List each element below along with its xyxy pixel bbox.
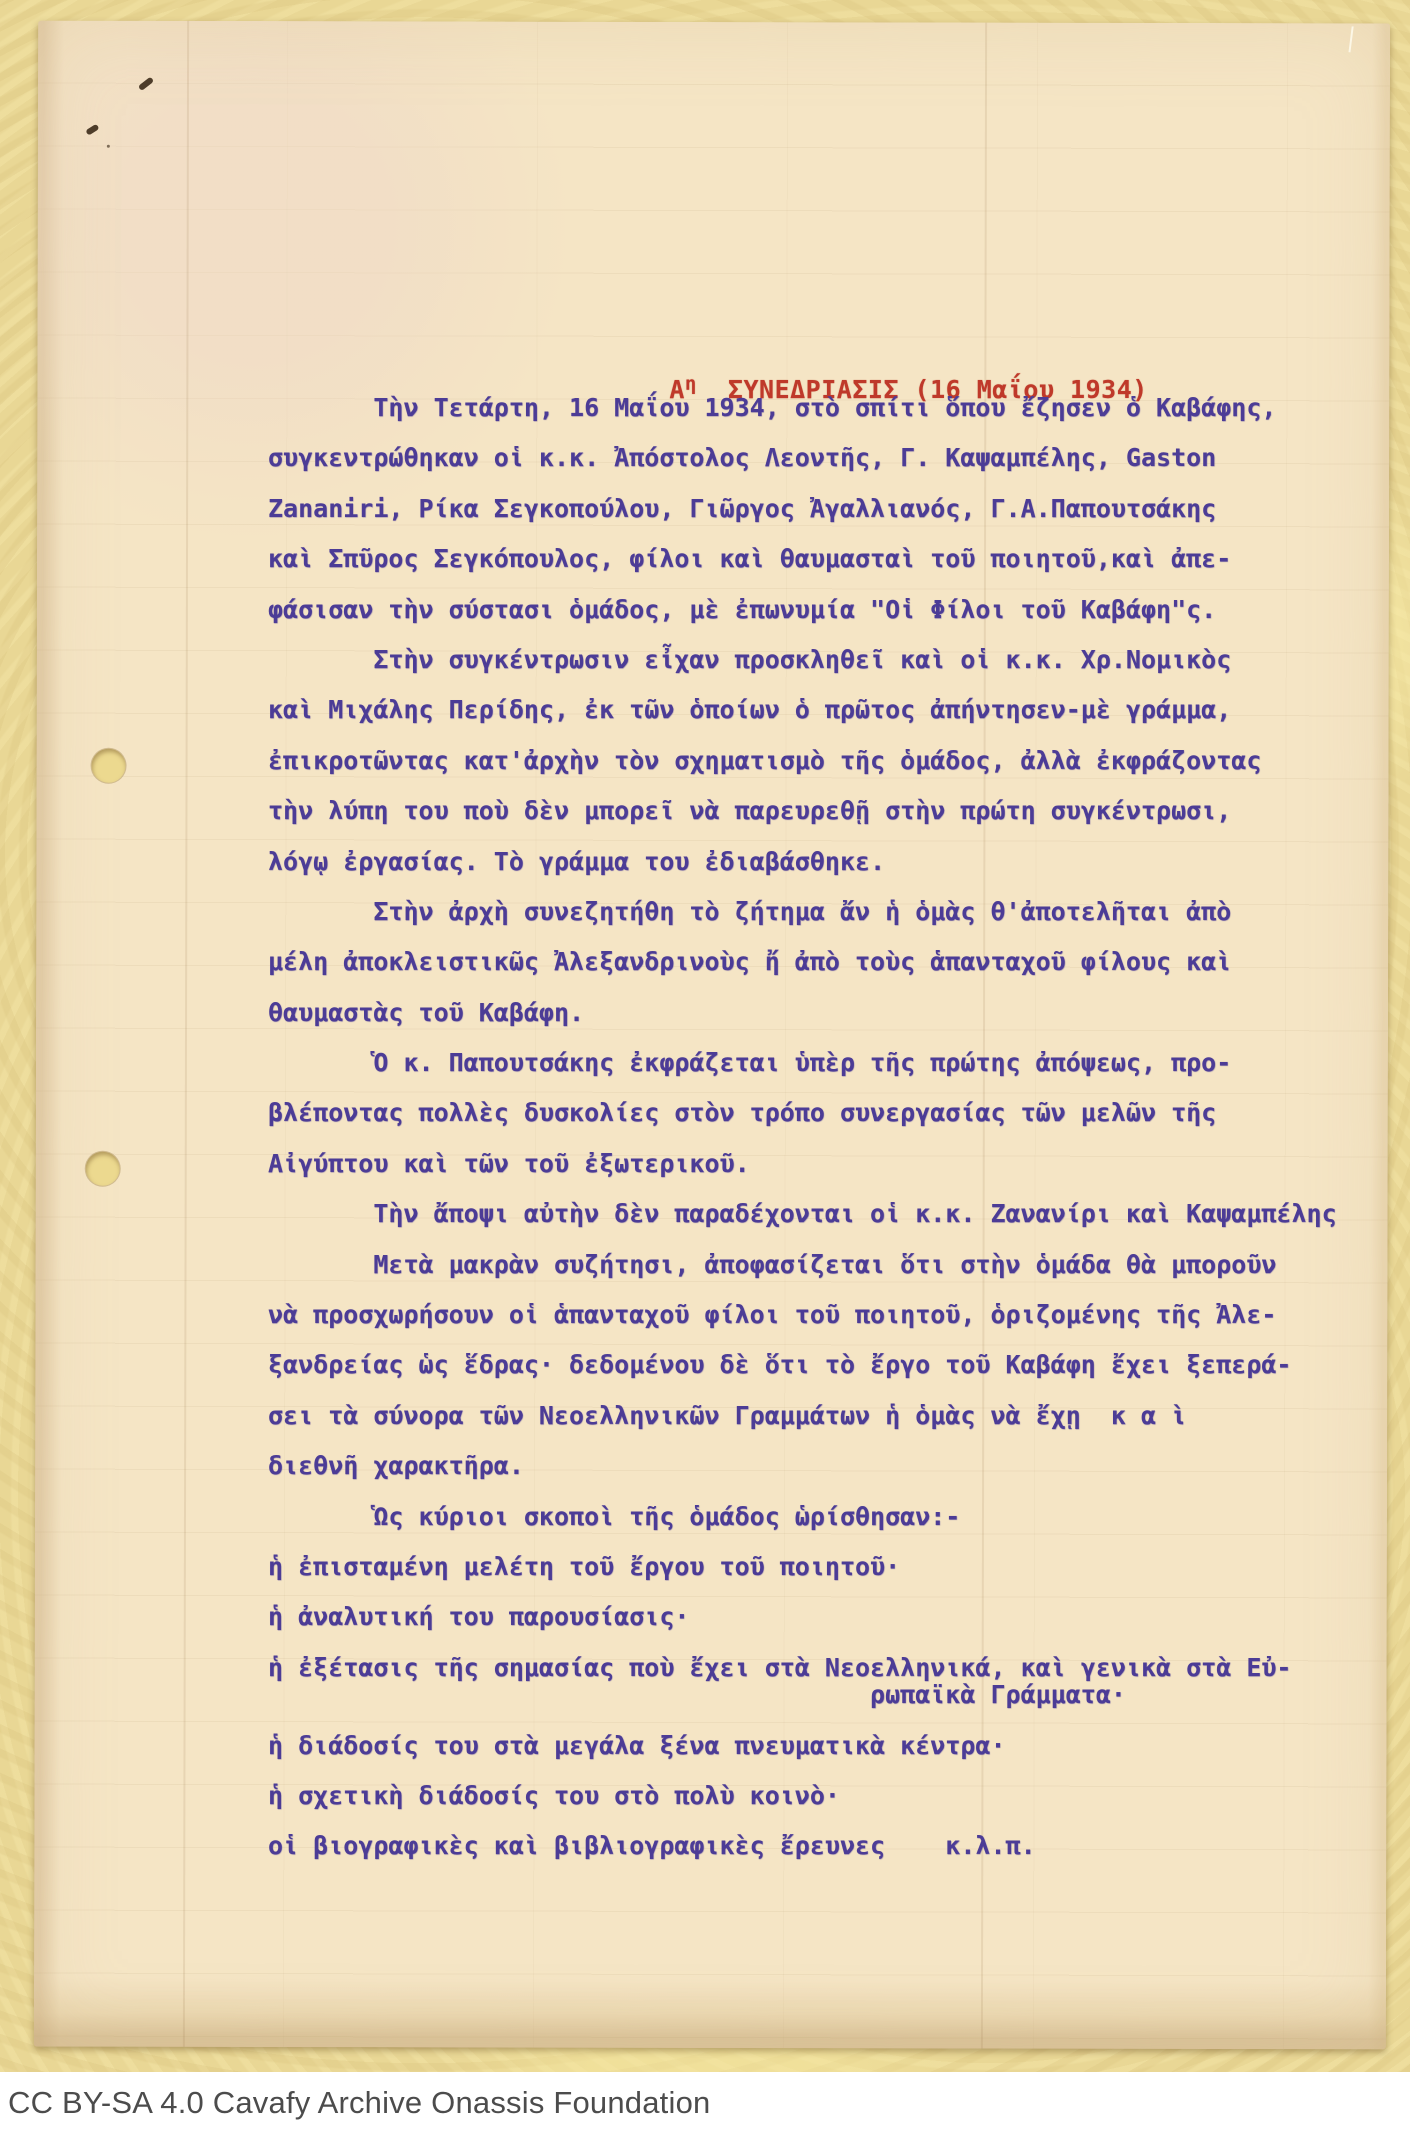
text-line: Zananiri, Ρίκα Σεγκοπούλου, Γιῶργος Ἀγαλ… — [268, 484, 1328, 534]
text-line: Τὴν Τετάρτη, 16 Μαΐου 1934, στὸ σπίτι ὅπ… — [268, 383, 1328, 433]
text-line: ἡ διάδοσίς του στὰ μεγάλα ξένα πνευματικ… — [268, 1721, 1328, 1771]
text-line: ἡ ἐπισταμένη μελέτη τοῦ ἔργου τοῦ ποιητο… — [268, 1542, 1328, 1592]
text-line: ἡ σχετικὴ διάδοσίς του στὸ πολὺ κοινὸ· — [268, 1771, 1328, 1821]
text-line: λόγῳ ἐργασίας. Τὸ γράμμα του ἐδιαβάσθηκε… — [268, 837, 1328, 887]
text-line: Αἰγύπτου καὶ τῶν τοῦ ἐξωτερικοῦ. — [268, 1139, 1328, 1189]
text-line: συγκεντρώθηκαν οἱ κ.κ. Ἀπόστολος Λεοντῆς… — [268, 433, 1328, 483]
text-line: Μετὰ μακρὰν συζήτησι, ἀποφασίζεται ὅτι σ… — [268, 1240, 1328, 1290]
text-line: νὰ προσχωρήσουν οἱ ἁπανταχοῦ φίλοι τοῦ π… — [268, 1290, 1328, 1340]
text-line: διεθνῆ χαρακτῆρα. — [268, 1441, 1328, 1491]
text-line: φάσισαν τὴν σύστασι ὁμάδος, μὲ ἐπωνυμία … — [268, 585, 1328, 635]
text-line: καὶ Μιχάλης Περίδης, ἐκ τῶν ὁποίων ὁ πρῶ… — [268, 685, 1328, 735]
text-line: οἱ βιογραφικὲς καὶ βιβλιογραφικὲς ἔρευνε… — [268, 1821, 1328, 1871]
text-line: Τὴν ἄποψι αὐτὴν δὲν παραδέχονται οἱ κ.κ.… — [268, 1189, 1328, 1239]
text-line: θαυμαστὰς τοῦ Καβάφη. — [268, 988, 1328, 1038]
text-line: Ὡς κύριοι σκοποὶ τῆς ὁμάδος ὡρίσθησαν:- — [268, 1492, 1328, 1542]
text-line: βλέποντας πολλὲς δυσκολίες στὸν τρόπο συ… — [268, 1088, 1328, 1138]
text-line: ἡ ἀναλυτική του παρουσίασις· — [268, 1592, 1328, 1642]
text-line: Στὴν ἀρχὴ συνεζητήθη τὸ ζήτημα ἄν ἡ ὁμὰς… — [268, 887, 1328, 937]
text-line: σει τὰ σύνορα τῶν Νεοελληνικῶν Γραμμάτων… — [268, 1391, 1328, 1441]
text-line: μέλη ἀποκλειστικῶς Ἀλεξανδρινοὺς ἤ ἀπὸ τ… — [268, 937, 1328, 987]
text-line: καὶ Σπῦρος Σεγκόπουλος, φίλοι καὶ θαυμασ… — [268, 534, 1328, 584]
typewritten-text: Τὴν Τετάρτη, 16 Μαΐου 1934, στὸ σπίτι ὅπ… — [268, 383, 1328, 1872]
text-line: Ὁ κ. Παπουτσάκης ἐκφράζεται ὑπὲρ τῆς πρώ… — [268, 1038, 1328, 1088]
license-text: CC BY-SA 4.0 Cavafy Archive Onassis Foun… — [0, 2085, 710, 2121]
document-scan: Αη ΣΥΝΕΔΡΙΑΣΙΣ (16 Μαΐου 1934) Τὴν Τετάρ… — [0, 0, 1410, 2133]
text-line: ἐπικροτῶντας κατ'ἀρχὴν τὸν σχηματισμὸ τῆ… — [268, 736, 1328, 786]
text-line: ξανδρείας ὡς ἕδρας· δεδομένου δὲ ὅτι τὸ … — [268, 1340, 1328, 1390]
text-layer: Αη ΣΥΝΕΔΡΙΑΣΙΣ (16 Μαΐου 1934) Τὴν Τετάρ… — [0, 0, 1410, 2133]
text-line: Στὴν συγκέντρωσιν εἶχαν προσκληθεῖ καὶ ο… — [268, 635, 1328, 685]
text-line: τὴν λύπη του ποὺ δὲν μπορεῖ νὰ παρευρεθῇ… — [268, 786, 1328, 836]
license-bar: CC BY-SA 4.0 Cavafy Archive Onassis Foun… — [0, 2072, 1410, 2133]
